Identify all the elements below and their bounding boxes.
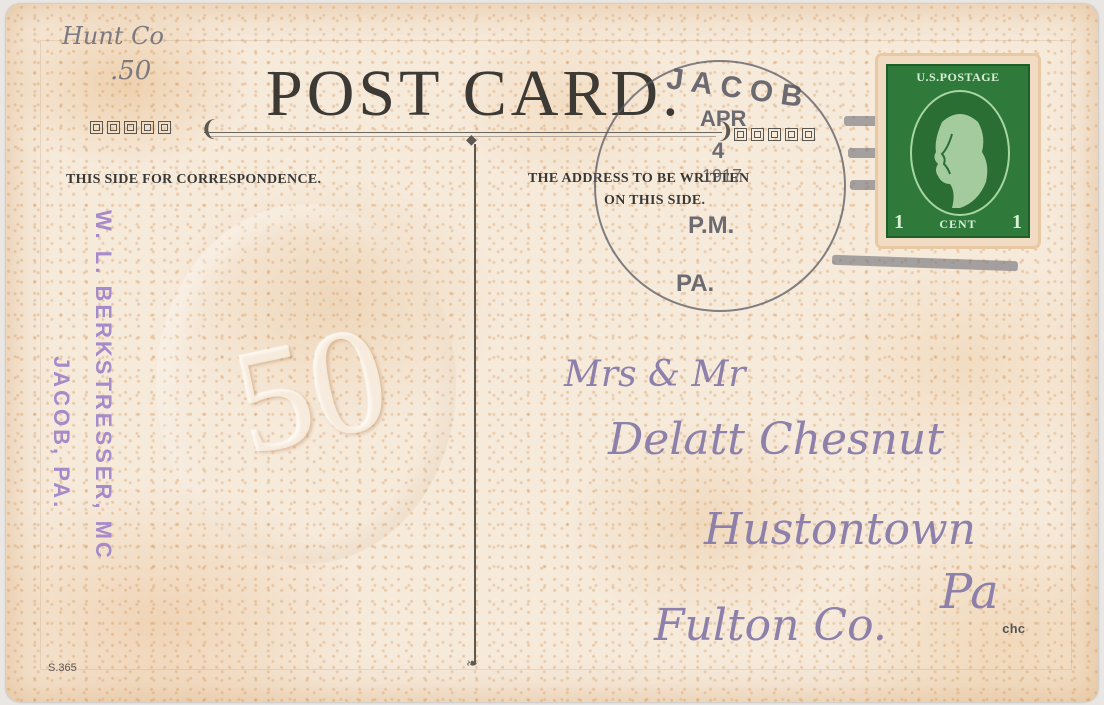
scroll-flourish-left: ❨ bbox=[200, 116, 218, 142]
address-line-recipients: Mrs & Mr bbox=[564, 354, 746, 395]
postmark-circle: JACOB APR 4 1917 P.M. PA. bbox=[594, 60, 846, 312]
address-line-county: Fulton Co. bbox=[654, 600, 887, 651]
stamp-denomination-word: CENT bbox=[939, 217, 976, 232]
divider-finial: ❧ bbox=[466, 656, 478, 673]
stamp-denomination-right: 1 bbox=[1012, 212, 1022, 232]
postcard-back: 50 Hunt Co .50 POST CARD. ❨ ❩ ◆ ❧ THIS S… bbox=[6, 4, 1098, 702]
ornament-squares-left bbox=[90, 121, 171, 134]
postmark-month: APR bbox=[700, 106, 746, 132]
stamp-country-text: U.S.POSTAGE bbox=[888, 70, 1028, 85]
publisher-stamp-name: W. L. BERKSTRESSER, MC bbox=[90, 210, 116, 561]
seller-mark: chc bbox=[1002, 622, 1025, 637]
postmark-time: P.M. bbox=[688, 212, 734, 240]
pencil-note-county: Hunt Co bbox=[62, 22, 164, 50]
catalog-number: S.365 bbox=[48, 662, 77, 674]
center-divider bbox=[474, 144, 476, 664]
postmark-year: 1917 bbox=[702, 166, 742, 187]
cancel-bar bbox=[848, 148, 878, 158]
stamp-denomination-left: 1 bbox=[894, 212, 904, 232]
pencil-note-price: .50 bbox=[110, 56, 151, 86]
embossed-floral-decoration bbox=[156, 204, 456, 564]
postmark-day: 4 bbox=[712, 138, 724, 164]
postmark-state: PA. bbox=[676, 270, 714, 298]
publisher-stamp-location: JACOB, PA. bbox=[48, 356, 74, 510]
address-line-state: Pa bbox=[940, 564, 999, 620]
address-line-town: Hustontown bbox=[704, 504, 976, 555]
postage-stamp: U.S.POSTAGE 1 CENT 1 bbox=[878, 56, 1038, 246]
address-line-name: Delatt Chesnut bbox=[608, 414, 944, 465]
cancel-bar bbox=[850, 180, 880, 190]
correspondence-heading: THIS SIDE FOR CORRESPONDENCE. bbox=[66, 172, 321, 188]
washington-portrait-icon bbox=[910, 90, 1010, 216]
